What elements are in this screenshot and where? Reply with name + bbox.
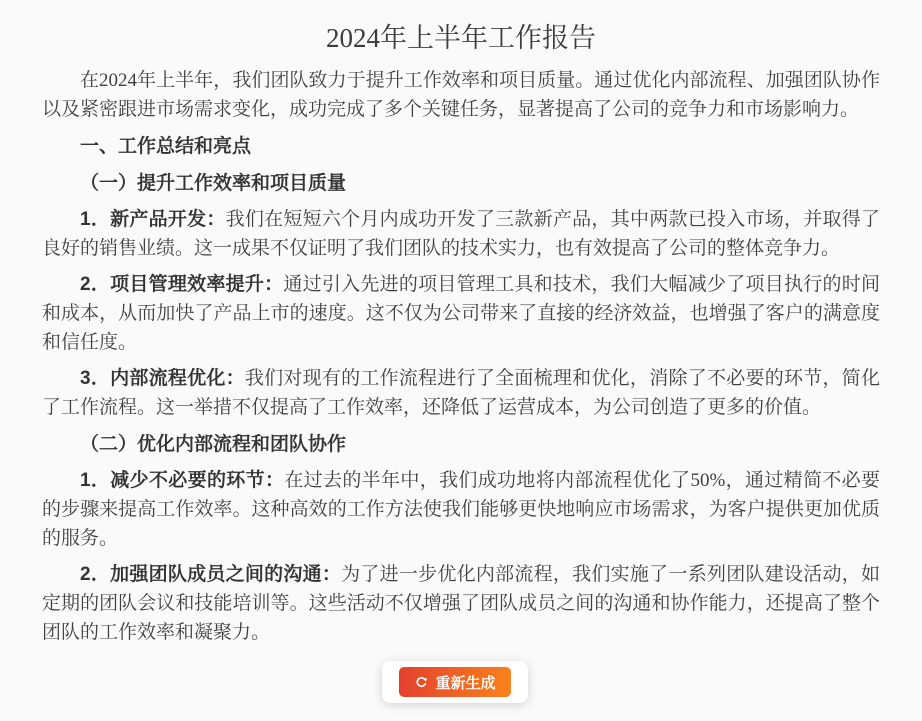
page: { "page": { "background": "#fafafa" }, "…	[0, 0, 922, 721]
list-item-paragraph: 3．内部流程优化：我们对现有的工作流程进行了全面梳理和优化，消除了不必要的环节，…	[42, 364, 880, 422]
regenerate-button-label: 重新生成	[435, 672, 495, 693]
list-item-paragraph: 1．减少不必要的环节：在过去的半年中，我们成功地将内部流程优化了50%，通过精简…	[42, 466, 880, 553]
subsection-heading-efficiency: （一）提升工作效率和项目质量	[42, 169, 880, 198]
list-item-paragraph: 2．项目管理效率提升：通过引入先进的项目管理工具和技术，我们大幅减少了项目执行的…	[42, 270, 880, 357]
page-title: 2024年上半年工作报告	[42, 21, 880, 55]
regenerate-button[interactable]: 重新生成	[399, 667, 511, 697]
item-lead-new-product: 1．新产品开发：	[80, 209, 226, 230]
item-lead-internal-process: 3．内部流程优化：	[80, 368, 245, 389]
item-lead-project-management: 2．项目管理效率提升：	[80, 274, 283, 295]
list-item-paragraph: 2．加强团队成员之间的沟通：为了进一步优化内部流程，我们实施了一系列团队建设活动…	[42, 560, 880, 647]
subsection-heading-collaboration: （二）优化内部流程和团队协作	[42, 430, 880, 459]
item-lead-reduce-steps: 1．减少不必要的环节：	[80, 470, 284, 491]
intro-paragraph: 在2024年上半年，我们团队致力于提升工作效率和项目质量。通过优化内部流程、加强…	[42, 66, 880, 124]
list-item-paragraph: 1．新产品开发：我们在短短六个月内成功开发了三款新产品，其中两款已投入市场，并取…	[42, 205, 880, 263]
refresh-icon	[414, 675, 429, 690]
report-document: 2024年上半年工作报告 在2024年上半年，我们团队致力于提升工作效率和项目质…	[42, 0, 880, 654]
regenerate-popover: 重新生成	[382, 661, 528, 703]
section-heading-summary: 一、工作总结和亮点	[42, 132, 880, 161]
item-lead-team-communication: 2．加强团队成员之间的沟通：	[80, 564, 341, 585]
